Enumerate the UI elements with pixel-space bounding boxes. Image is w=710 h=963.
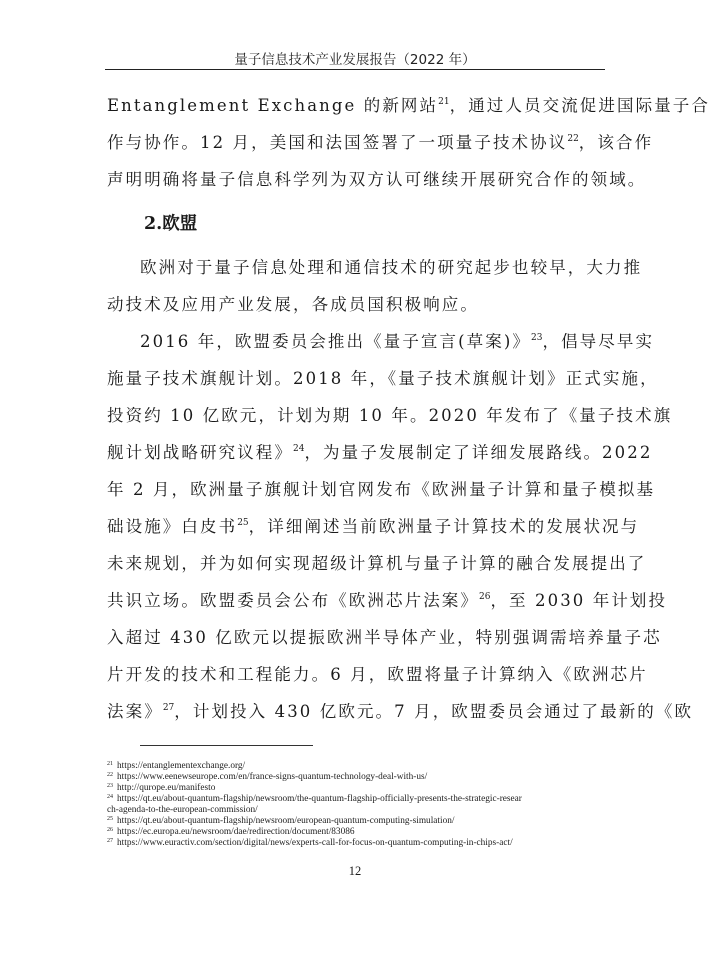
footnote-link[interactable]: https://qt.eu/about-quantum-flagship/new… <box>117 816 454 826</box>
text-line: 础设施》白皮书25，详细阐述当前欧洲量子计算技术的发展状况与 <box>107 515 591 539</box>
text-line: Entanglement Exchange 的新网站21，通过人员交流促进国际量… <box>107 94 591 118</box>
footnote-link[interactable]: https://entanglementexchange.org/ <box>117 761 245 771</box>
footnote-link[interactable]: http://qurope.eu/manifesto <box>117 783 215 793</box>
text-line: 共识立场。欧盟委员会公布《欧洲芯片法案》26，至 2030 年计划投 <box>107 589 591 613</box>
footnote-ref[interactable]: 24 <box>293 444 304 454</box>
text-line: 年 2 月，欧洲量子旗舰计划官网发布《欧洲量子计算和量子模拟基 <box>107 478 591 502</box>
footnote-link[interactable]: ch-agenda-to-the-european-commission/ <box>107 805 258 815</box>
footnote-continuation: ch-agenda-to-the-european-commission/ <box>107 805 607 816</box>
footnote: 24https://qt.eu/about-quantum-flagship/n… <box>107 794 607 805</box>
footnote: 21https://entanglementexchange.org/ <box>107 761 607 772</box>
footnote-ref[interactable]: 21 <box>438 97 449 107</box>
footnote-link[interactable]: https://www.euractiv.com/section/digital… <box>117 838 513 848</box>
text-line: 法案》27，计划投入 430 亿欧元。7 月，欧盟委员会通过了最新的《欧 <box>107 700 591 724</box>
text-line: 施量子技术旗舰计划。2018 年，《量子技术旗舰计划》正式实施， <box>107 367 591 391</box>
text-line: 2016 年，欧盟委员会推出《量子宣言(草案)》23，倡导尽早实 <box>140 330 591 354</box>
footnote: 22https://www.eenewseurope.com/en/france… <box>107 772 607 783</box>
footnote: 26https://ec.europa.eu/newsroom/dae/redi… <box>107 827 607 838</box>
footnote-link[interactable]: https://ec.europa.eu/newsroom/dae/redire… <box>117 827 355 837</box>
section-heading: 2.欧盟 <box>144 210 197 235</box>
text-line: 未来规划，并为如何实现超级计算机与量子计算的融合发展提出了 <box>107 552 591 576</box>
header-rule <box>105 69 605 70</box>
text-line: 欧洲对于量子信息处理和通信技术的研究起步也较早，大力推 <box>140 256 591 280</box>
footnote-ref[interactable]: 26 <box>479 592 490 602</box>
text-line: 片开发的技术和工程能力。6 月，欧盟将量子计算纳入《欧洲芯片 <box>107 663 591 687</box>
page-number: 12 <box>0 864 710 879</box>
footnote: 25https://qt.eu/about-quantum-flagship/n… <box>107 816 607 827</box>
footnote-link[interactable]: https://qt.eu/about-quantum-flagship/new… <box>117 794 522 804</box>
footnote-ref[interactable]: 22 <box>567 134 578 144</box>
text-line: 入超过 430 亿欧元以提振欧洲半导体产业，特别强调需培养量子芯 <box>107 626 591 650</box>
text-line: 投资约 10 亿欧元，计划为期 10 年。2020 年发布了《量子技术旗 <box>107 404 591 428</box>
text-line: 声明明确将量子信息科学列为双方认可继续开展研究合作的领域。 <box>107 168 591 192</box>
footnote-ref[interactable]: 25 <box>237 518 248 528</box>
footnote: 27https://www.euractiv.com/section/digit… <box>107 838 607 849</box>
text-line: 舰计划战略研究议程》24，为量子发展制定了详细发展路线。2022 <box>107 441 591 465</box>
running-header: 量子信息技术产业发展报告（2022 年） <box>105 48 605 68</box>
footnote-ref[interactable]: 27 <box>163 703 174 713</box>
footnote-separator <box>140 745 313 746</box>
footnote-link[interactable]: https://www.eenewseurope.com/en/france-s… <box>117 772 427 782</box>
text-line: 作与协作。12 月，美国和法国签署了一项量子技术协议22，该合作 <box>107 131 591 155</box>
footnote: 23http://qurope.eu/manifesto <box>107 783 607 794</box>
text-line: 动技术及应用产业发展，各成员国积极响应。 <box>107 293 591 317</box>
footnote-ref[interactable]: 23 <box>531 333 542 343</box>
